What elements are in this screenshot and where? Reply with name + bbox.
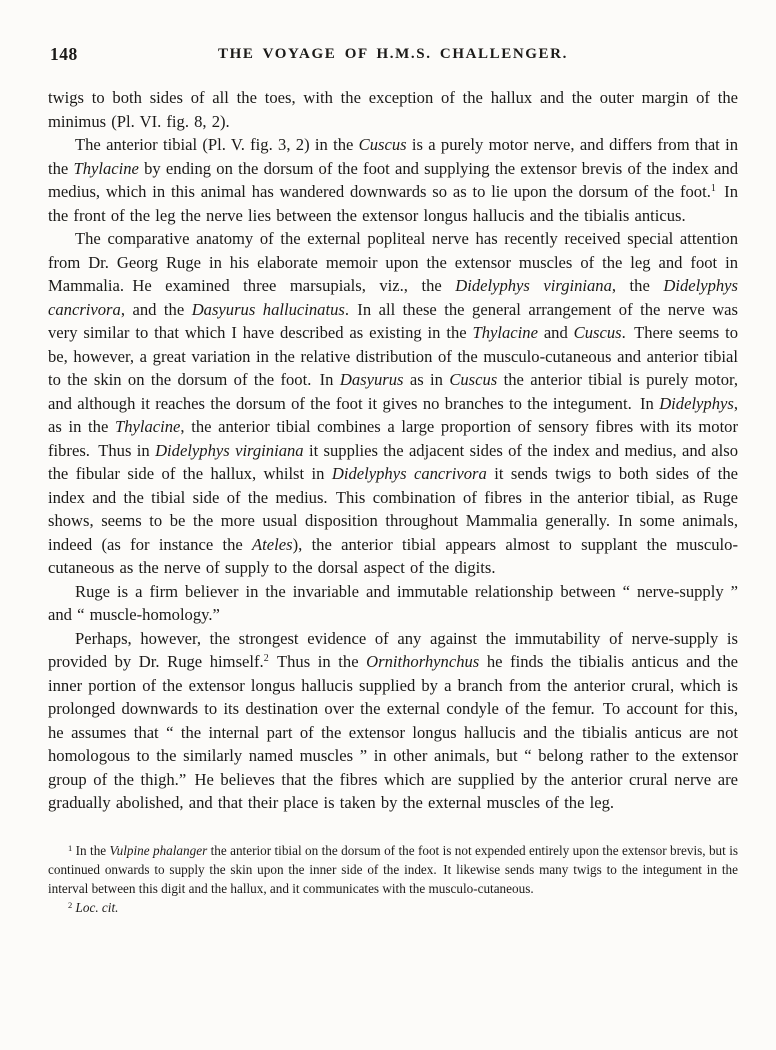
text-run: In the (72, 843, 109, 858)
italic-term: Dasyurus (340, 370, 404, 389)
paragraph: Perhaps, however, the strongest evidence… (48, 627, 738, 815)
italic-term: Ornithorhynchus (366, 652, 479, 671)
paragraph: twigs to both sides of all the toes, wit… (48, 86, 738, 133)
text-run: Ruge is a firm believer in the invariabl… (48, 582, 738, 625)
text-run: The anterior tibial (Pl. V. fig. 3, 2) i… (75, 135, 359, 154)
italic-term: Cuscus (574, 323, 622, 342)
text-run: and (538, 323, 574, 342)
italic-term: Dasyurus hallucinatus (192, 300, 345, 319)
book-page: 148 THE VOYAGE OF H.M.S. CHALLENGER. twi… (0, 0, 776, 1050)
paragraph: Ruge is a firm believer in the invariabl… (48, 580, 738, 627)
italic-term: Thylacine (473, 323, 538, 342)
italic-term: Cuscus (359, 135, 407, 154)
footnote: 1 In the Vulpine phalanger the anterior … (48, 841, 738, 898)
italic-term: Cuscus (449, 370, 497, 389)
italic-term: Didelyphys cancrivora (332, 464, 487, 483)
paragraph: The comparative anatomy of the external … (48, 227, 738, 580)
italic-term: Ateles (252, 535, 293, 554)
footnotes: 1 In the Vulpine phalanger the anterior … (48, 841, 738, 917)
italic-term: Thylacine (115, 417, 180, 436)
italic-term: Loc. cit. (76, 900, 119, 915)
text-run: by ending on the dorsum of the foot and … (48, 159, 738, 202)
body-text: twigs to both sides of all the toes, wit… (48, 86, 738, 815)
paragraph: The anterior tibial (Pl. V. fig. 3, 2) i… (48, 133, 738, 227)
italic-term: Didelyphys (659, 394, 734, 413)
footnote: 2 Loc. cit. (48, 898, 738, 917)
italic-term: Vulpine phalanger (110, 843, 208, 858)
page-number: 148 (50, 44, 78, 65)
italic-term: Didelyphys virginiana (155, 441, 304, 460)
italic-term: Thylacine (73, 159, 138, 178)
text-run: , the (612, 276, 663, 295)
running-title: THE VOYAGE OF H.M.S. CHALLENGER. (48, 44, 738, 63)
text-run: Thus in the (269, 652, 366, 671)
running-header: 148 THE VOYAGE OF H.M.S. CHALLENGER. (48, 44, 738, 66)
text-run: he finds the tibialis anticus and the in… (48, 652, 738, 812)
text-run: , and the (121, 300, 192, 319)
text-run: as in (403, 370, 449, 389)
text-run: twigs to both sides of all the toes, wit… (48, 88, 738, 131)
italic-term: Didelyphys virginiana (455, 276, 612, 295)
